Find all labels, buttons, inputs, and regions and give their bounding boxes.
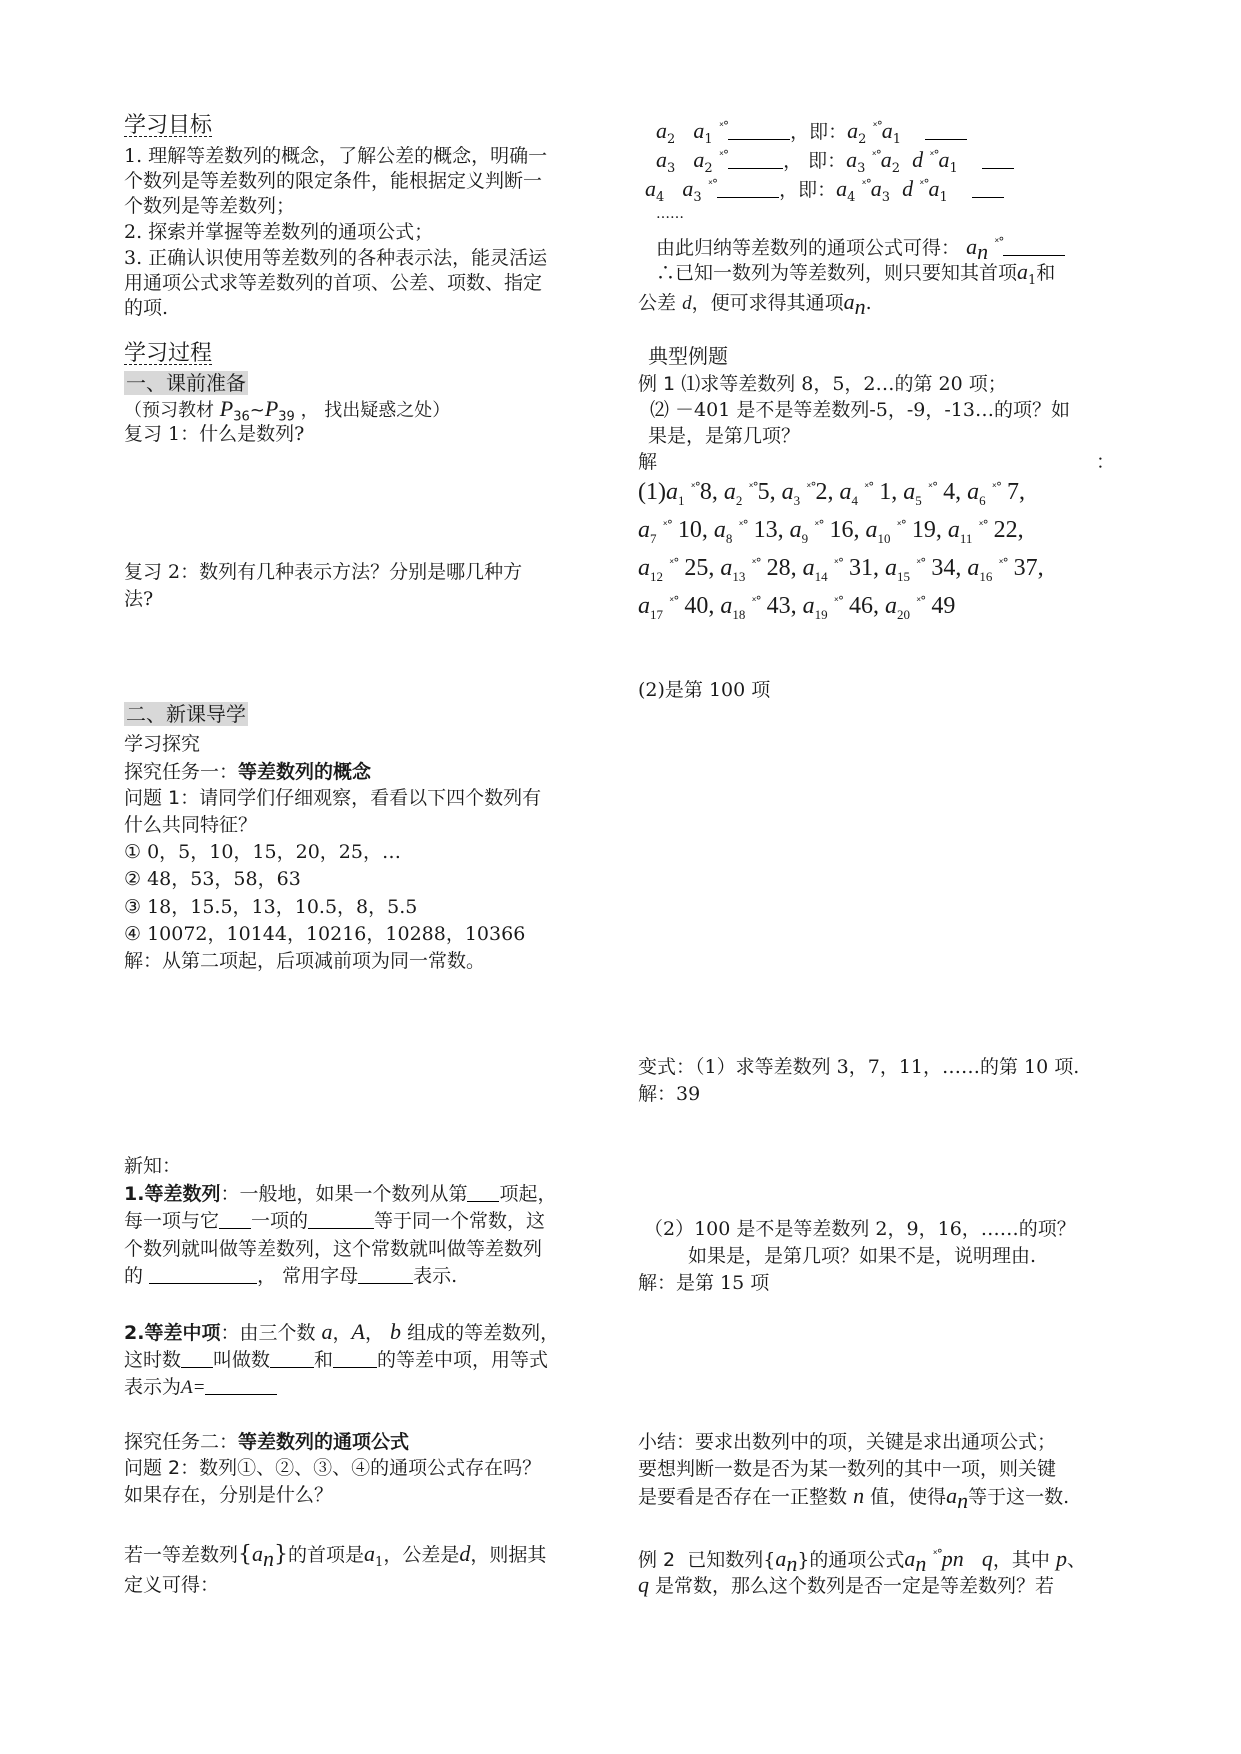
example-2-line2: q 是常数，那么这个数列是否一定是等差数列？若 [638, 1571, 1054, 1600]
fill-blank[interactable] [270, 1349, 314, 1368]
review-1: 复习 1：什么是数列? [124, 420, 304, 448]
definition-2-line2: 这时数叫做数和的等差中项，用等式 [124, 1346, 548, 1374]
new-knowledge-label: 新知： [124, 1152, 181, 1180]
goal-line: 个数列是等差数列的限定条件，能根据定义判断一 [124, 167, 542, 195]
variant-2-answer: 解：是第 15 项 [638, 1269, 769, 1297]
section-heading-prep: 一、课前准备 [124, 371, 248, 395]
goal-line: 用通项公式求等差数列的首项、公差、项数、指定 [124, 269, 542, 297]
fill-blank[interactable] [333, 1349, 377, 1368]
fill-blank[interactable] [972, 179, 1004, 198]
sequence-3: ③ 18，15.5，13，10.5，8，5.5 [124, 893, 417, 921]
fill-blank[interactable] [181, 1349, 213, 1368]
question-1-line2: 什么共同特征？ [124, 811, 257, 839]
question-1-answer: 解：从第二项起，后项减前项为同一常数。 [124, 947, 485, 975]
fill-blank[interactable] [728, 121, 790, 140]
fill-blank[interactable] [467, 1183, 499, 1202]
definition-1-line2: 每一项与它一项的等于同一个常数，这 [124, 1207, 545, 1235]
variant-2: （2）100 是不是等差数列 2，9，16，……的项？ [644, 1215, 1076, 1243]
example-1-part2-line2: 果是，是第几项？ [648, 422, 800, 450]
goal-line: 的项. [124, 294, 168, 322]
definition-2-line3: 表示为A= [124, 1373, 277, 1402]
fill-blank[interactable] [219, 1210, 251, 1229]
task1-heading: 探究任务一：等差数列的概念 [124, 758, 371, 786]
variant-2-line2: 如果是，是第几项？如果不是，说明理由. [688, 1242, 1036, 1270]
process-title: 学习过程 [124, 340, 212, 368]
derivation-row: a4 a3 ˣ°，即：a4 ˣ°a3 d ˣ°a1 [645, 170, 1004, 212]
summary-line3: 是要看是否存在一正整数 n 值，使得an等于这一数. [638, 1482, 1069, 1515]
therefore-line2: 公差 d，便可求得其通项an. [638, 288, 872, 321]
definition-1-line3: 个数列就叫做等差数列，这个常数就叫做等差数列 [124, 1235, 542, 1263]
example-1-solution-row4: a17 ˣ° 40, a18 ˣ° 43, a19 ˣ° 46, a20 ˣ° … [638, 584, 955, 632]
review-2-line2: 法? [124, 585, 153, 613]
variant-1-answer: 解：39 [638, 1080, 700, 1108]
fill-blank[interactable] [925, 121, 967, 140]
definition-2-line1: 2.等差中项：由三个数 a，A， b 组成的等差数列， [124, 1318, 559, 1347]
example-1-solution-2: (2)是第 100 项 [638, 676, 770, 704]
question-2-line2: 如果存在，分别是什么？ [124, 1481, 333, 1509]
fill-blank[interactable] [205, 1376, 277, 1395]
example-1-part1: 例 1 ⑴求等差数列 8，5，2…的第 20 项； [638, 370, 1007, 398]
fill-blank[interactable] [982, 150, 1014, 169]
goal-line: 个数列是等差数列； [124, 192, 295, 220]
definition-1-line4: 的 ， 常用字母表示. [124, 1262, 457, 1290]
fill-blank[interactable] [717, 179, 779, 198]
sequence-1: ① 0，5，10，15，20，25，… [124, 838, 401, 866]
general-term-intro-line2: 定义可得： [124, 1571, 219, 1599]
variant-1: 变式：（1）求等差数列 3，7，11，……的第 10 项. [638, 1053, 1079, 1081]
examples-title: 典型例题 [648, 342, 728, 370]
goal-line: 3. 正确认识使用等差数列的各种表示法，能灵活运 [124, 244, 547, 272]
fill-blank[interactable] [149, 1265, 257, 1284]
explore-title: 学习探究 [124, 730, 200, 758]
example-1-part2: ⑵ －401 是不是等差数列-5，-9，-13…的项？如 [650, 396, 1070, 424]
fill-blank[interactable] [728, 150, 783, 169]
definition-1-line1: 1.等差数列：一般地，如果一个数列从第项起， [124, 1180, 556, 1208]
goal-line: 2. 探索并掌握等差数列的通项公式； [124, 218, 433, 246]
summary: 小结：要求出数列中的项，关键是求出通项公式； [638, 1428, 1056, 1456]
goals-title: 学习目标 [124, 112, 212, 140]
ellipsis: …… [656, 200, 684, 228]
question-2: 问题 2：数列①、②、③、④的通项公式存在吗？ [124, 1454, 541, 1482]
question-1: 问题 1：请同学们仔细观察，看看以下四个数列有 [124, 784, 541, 812]
sequence-4: ④ 10072，10144，10216，10288，10366 [124, 920, 525, 948]
review-2-line1: 复习 2：数列有几种表示方法？分别是哪几种方 [124, 558, 522, 586]
fill-blank[interactable] [308, 1210, 374, 1229]
fill-blank[interactable] [358, 1265, 413, 1284]
fill-blank[interactable] [1003, 237, 1065, 256]
sequence-2: ② 48，53，58，63 [124, 865, 301, 893]
goal-line: 1. 理解等差数列的概念，了解公差的概念，明确一 [124, 142, 547, 170]
summary-line2: 要想判断一数是否为某一数列的其中一项，则关键 [638, 1455, 1056, 1483]
section-heading-new: 二、新课导学 [124, 702, 248, 726]
task2-heading: 探究任务二：等差数列的通项公式 [124, 1428, 409, 1456]
solution-colon: ： [1096, 448, 1115, 476]
